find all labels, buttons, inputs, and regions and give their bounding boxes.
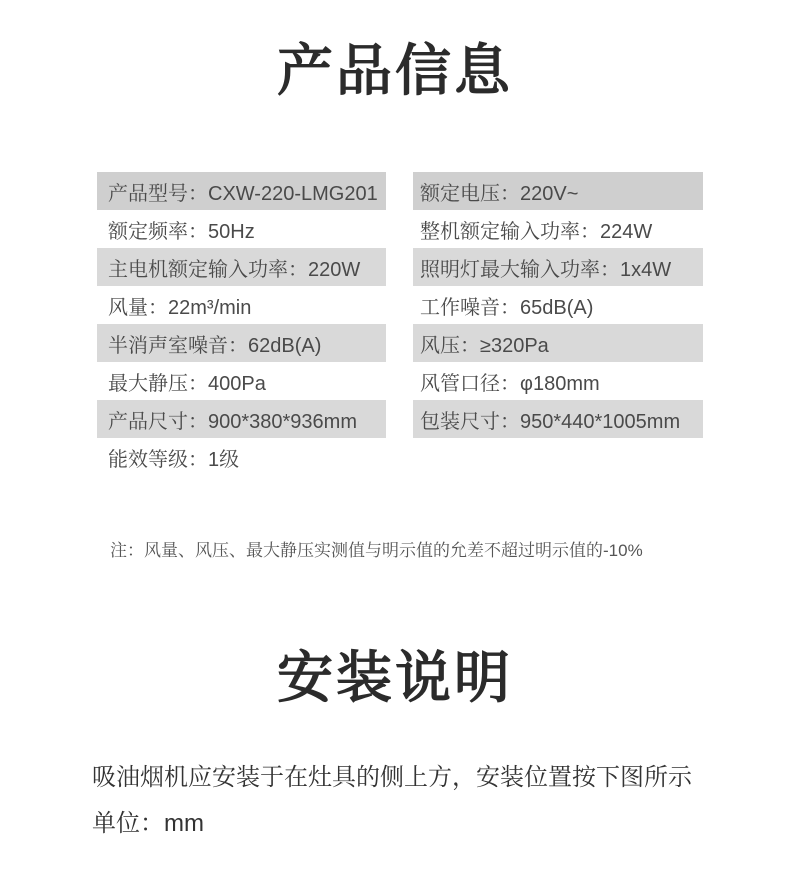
spec-cell-lamp-power: 照明灯最大输入功率：1x4W — [413, 248, 703, 286]
spec-cell-package-size: 包装尺寸：950*440*1005mm — [413, 400, 703, 438]
spec-cell-airflow: 风量：22m³/min — [97, 286, 386, 324]
column-gap — [386, 286, 413, 324]
spec-cell-voltage: 额定电压：220V~ — [413, 172, 703, 210]
table-row: 最大静压：400Pa 风管口径：φ180mm — [97, 362, 703, 400]
column-gap — [386, 362, 413, 400]
table-row: 主电机额定输入功率：220W 照明灯最大输入功率：1x4W — [97, 248, 703, 286]
installation-instructions: 吸油烟机应安装于在灶具的侧上方，安装位置按下图所示 单位：mm — [92, 755, 790, 847]
installation-line2: 单位：mm — [92, 801, 790, 847]
table-row: 半消声室噪音：62dB(A) 风压：≥320Pa — [97, 324, 703, 362]
table-row: 额定频率：50Hz 整机额定输入功率：224W — [97, 210, 703, 248]
spec-cell-duct-diameter: 风管口径：φ180mm — [413, 362, 703, 400]
column-gap — [386, 210, 413, 248]
product-info-title: 产品信息 — [0, 32, 790, 110]
product-info-page: { "titles": { "product_info": "产品信息", "i… — [0, 0, 790, 890]
column-gap — [386, 172, 413, 210]
spec-cell-chamber-noise: 半消声室噪音：62dB(A) — [97, 324, 386, 362]
table-row: 风量：22m³/min 工作噪音：65dB(A) — [97, 286, 703, 324]
spec-cell-product-size: 产品尺寸：900*380*936mm — [97, 400, 386, 438]
spec-cell-wind-pressure: 风压：≥320Pa — [413, 324, 703, 362]
installation-line1: 吸油烟机应安装于在灶具的侧上方，安装位置按下图所示 — [92, 755, 790, 801]
spec-cell-energy-rating: 能效等级：1级 — [97, 438, 386, 476]
tolerance-note: 注：风量、风压、最大静压实测值与明示值的允差不超过明示值的-10% — [110, 536, 790, 561]
spec-cell-total-power: 整机额定输入功率：224W — [413, 210, 703, 248]
table-row: 产品尺寸：900*380*936mm 包装尺寸：950*440*1005mm — [97, 400, 703, 438]
spec-table: 产品型号：CXW-220-LMG201 额定电压：220V~ 额定频率：50Hz… — [97, 172, 703, 476]
column-gap — [386, 400, 413, 438]
spec-cell-model: 产品型号：CXW-220-LMG201 — [97, 172, 386, 210]
spec-cell-frequency: 额定频率：50Hz — [97, 210, 386, 248]
column-gap — [386, 324, 413, 362]
installation-title: 安装说明 — [0, 639, 790, 717]
spec-cell-motor-power: 主电机额定输入功率：220W — [97, 248, 386, 286]
table-row: 产品型号：CXW-220-LMG201 额定电压：220V~ — [97, 172, 703, 210]
spec-cell-max-static: 最大静压：400Pa — [97, 362, 386, 400]
column-gap — [386, 438, 413, 476]
spec-cell-empty — [413, 438, 703, 476]
table-row: 能效等级：1级 — [97, 438, 703, 476]
column-gap — [386, 248, 413, 286]
spec-cell-working-noise: 工作噪音：65dB(A) — [413, 286, 703, 324]
